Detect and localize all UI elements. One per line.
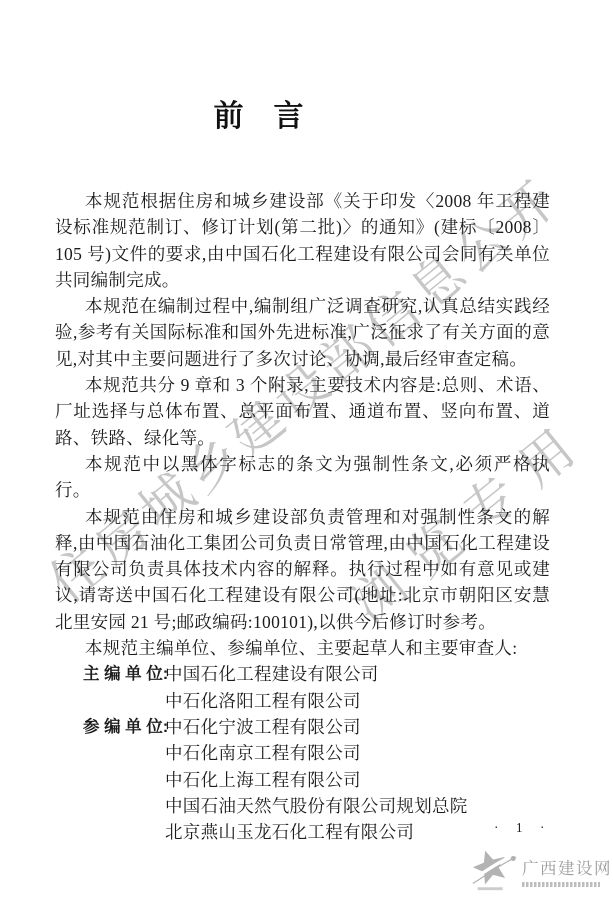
participant-unit: 中石化上海工程有限公司	[165, 770, 361, 790]
logo-site-name: 广西建设网	[522, 855, 612, 879]
chief-editor-row: 中石化洛阳工程有限公司	[55, 688, 550, 714]
participant-unit: 中国石油天然气股份有限公司规划总院	[165, 796, 468, 816]
logo-tagline	[522, 882, 600, 887]
chief-editor-unit: 中国石化工程建设有限公司	[165, 664, 379, 684]
paragraph-1: 本规范根据住房和城乡建设部《关于印发〈2008 年工程建设标准规范制订、修订计划…	[55, 188, 550, 293]
paragraph-2: 本规范在编制过程中,编制组广泛调查研究,认真总结实践经验,参考有关国际标准和国外…	[55, 293, 550, 372]
star-icon	[470, 845, 518, 895]
chief-editor-row: 主 编 单 位: 中国石化工程建设有限公司	[55, 661, 550, 687]
chief-editor-label: 主 编 单 位:	[83, 661, 168, 687]
page-number: · 1 ·	[494, 820, 552, 836]
participant-row: 参 编 单 位: 中石化宁波工程有限公司	[55, 714, 550, 740]
page-title: 前 言	[11, 100, 506, 134]
editor-units: 主 编 单 位: 中国石化工程建设有限公司 中石化洛阳工程有限公司 参 编 单 …	[55, 661, 550, 845]
participant-row: 中石化上海工程有限公司	[55, 767, 550, 793]
participant-unit: 中石化宁波工程有限公司	[165, 717, 361, 737]
participant-row: 中国石油天然气股份有限公司规划总院	[55, 793, 550, 819]
participant-row: 北京燕山玉龙石化工程有限公司	[55, 819, 550, 845]
participant-unit: 中石化南京工程有限公司	[165, 743, 361, 763]
participant-row: 中石化南京工程有限公司	[55, 740, 550, 766]
paragraph-6: 本规范主编单位、参编单位、主要起草人和主要审查人:	[55, 635, 550, 661]
logo-text-block: 广西建设网	[522, 845, 612, 887]
paragraph-3: 本规范共分 9 章和 3 个附录,主要技术内容是:总则、术语、厂址选择与总体布置…	[55, 372, 550, 451]
preface-content: 前 言 本规范根据住房和城乡建设部《关于印发〈2008 年工程建设标准规范制订、…	[55, 100, 550, 845]
site-logo: 广西建设网	[470, 845, 612, 895]
participant-label: 参 编 单 位:	[83, 714, 168, 740]
paragraph-4: 本规范中以黑体字标志的条文为强制性条文,必须严格执行。	[55, 451, 550, 504]
participant-unit: 北京燕山玉龙石化工程有限公司	[165, 822, 414, 842]
document-page: 住房城乡建设部信息公开 浏览专用 前 言 本规范根据住房和城乡建设部《关于印发〈…	[0, 0, 613, 897]
chief-editor-unit: 中石化洛阳工程有限公司	[165, 691, 361, 711]
paragraph-5: 本规范由住房和城乡建设部负责管理和对强制性条文的解释,由中国石油化工集团公司负责…	[55, 504, 550, 635]
